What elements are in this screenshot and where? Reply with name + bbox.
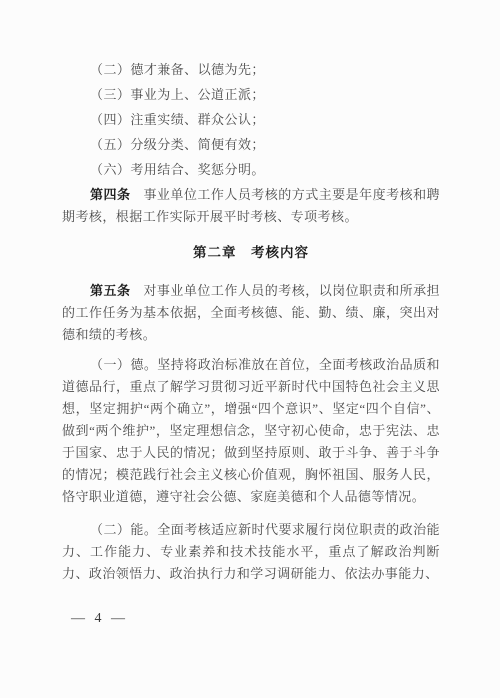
article-4-paragraph: 第四条事业单位工作人员考核的方式主要是年度考核和聘期考核，根据工作实际开展平时考… xyxy=(62,184,440,228)
principle-item-4: （四）注重实绩、群众公认； xyxy=(62,107,440,132)
article-5-label: 第五条 xyxy=(90,283,130,298)
document-page: （二）德才兼备、以德为先； （三）事业为上、公道正派； （四）注重实绩、群众公认… xyxy=(0,0,500,698)
document-body: （二）德才兼备、以德为先； （三）事业为上、公道正派； （四）注重实绩、群众公认… xyxy=(62,57,440,585)
clause-de-paragraph: （一）德。坚持将政治标准放在首位，全面考核政治品质和道德品行，重点了解学习贯彻习… xyxy=(62,354,440,508)
article-5-paragraph: 第五条对事业单位工作人员的考核，以岗位职责和所承担的工作任务为基本依据，全面考核… xyxy=(62,280,440,346)
article-4-label: 第四条 xyxy=(90,187,130,202)
clause-neng-paragraph: （二）能。全面考核适应新时代要求履行岗位职责的政治能力、工作能力、专业素养和技术… xyxy=(62,519,440,585)
principle-item-6: （六）考用结合、奖惩分明。 xyxy=(62,157,440,182)
principles-list: （二）德才兼备、以德为先； （三）事业为上、公道正派； （四）注重实绩、群众公认… xyxy=(62,57,440,182)
principle-item-2: （二）德才兼备、以德为先； xyxy=(62,57,440,82)
principle-item-3: （三）事业为上、公道正派； xyxy=(62,82,440,107)
principle-item-5: （五）分级分类、简便有效； xyxy=(62,132,440,157)
page-number: — 4 — xyxy=(71,611,128,626)
chapter-2-heading: 第二章 考核内容 xyxy=(62,242,440,264)
